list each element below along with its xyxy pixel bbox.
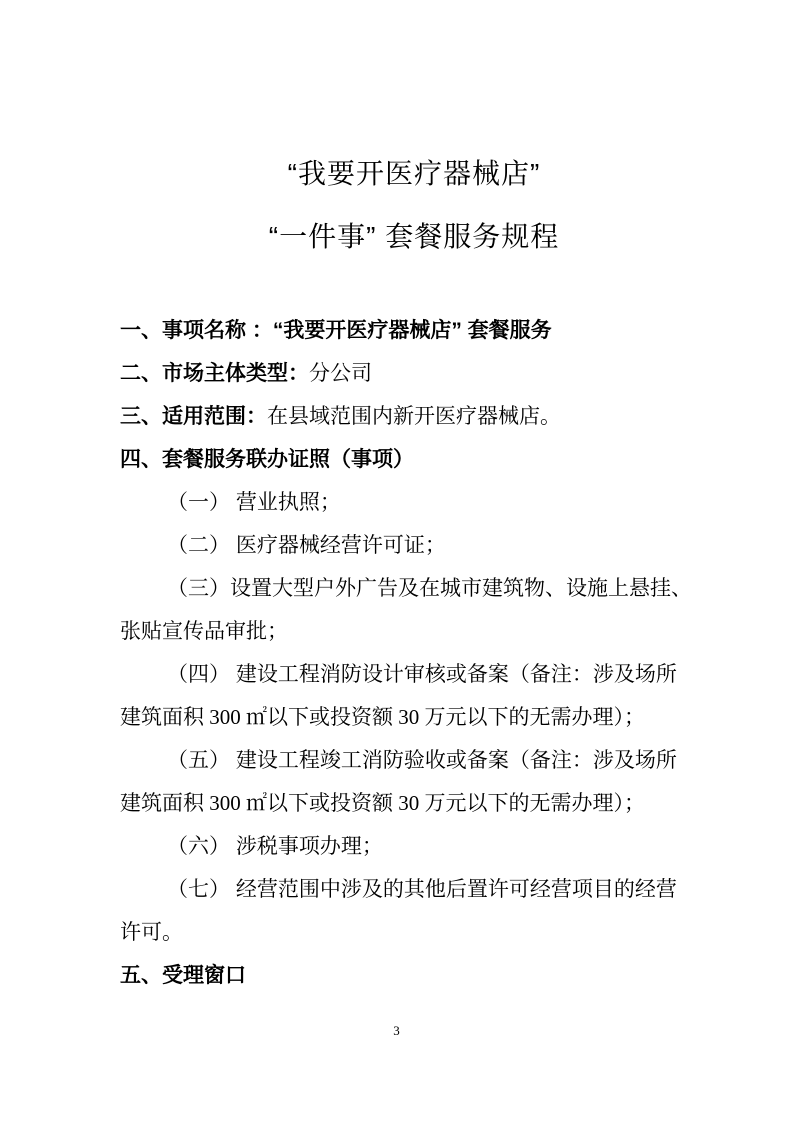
list-item-4: （四） 建设工程消防设计审核或备案（备注：涉及场所建筑面积 300 ㎡以下或投资… bbox=[120, 653, 708, 739]
section-3-value: 在县域范围内新开医疗器械店。 bbox=[267, 405, 561, 428]
list-item-2: （二） 医疗器械经营许可证； bbox=[120, 524, 708, 567]
section-1-heading: 一、事项名称 ：“我要开医疗器械店” 套餐服务 bbox=[120, 309, 708, 352]
list-item-7-line-1: （七） 经营范围中涉及的其他后置许可经营项目的经营 bbox=[167, 878, 677, 901]
list-item-4-note-line-1: （备注：涉及场所 bbox=[509, 662, 677, 686]
section-1-value: “我要开医疗器械店” 套餐服务 bbox=[273, 319, 552, 342]
list-item-5-note-line-1: （备注：涉及场所 bbox=[509, 748, 677, 772]
section-3-heading: 三、适用范围：在县域范围内新开医疗器械店。 bbox=[120, 395, 708, 438]
section-5-heading: 五、受理窗口 bbox=[120, 954, 708, 997]
list-item-5: （五） 建设工程竣工消防验收或备案（备注：涉及场所建筑面积 300 ㎡以下或投资… bbox=[120, 739, 708, 825]
document-title-line-1: “我要开医疗器械店” bbox=[120, 0, 708, 192]
document-title-line-2: “一件事” 套餐服务规程 bbox=[120, 219, 708, 255]
list-item-1: （一） 营业执照； bbox=[120, 481, 708, 524]
list-item-3-line-2: 张贴宣传品审批； bbox=[120, 620, 288, 643]
list-item-4-name: （四） 建设工程消防设计审核或备案 bbox=[167, 663, 509, 686]
list-item-6: （六） 涉税事项办理； bbox=[120, 825, 708, 868]
list-item-3-line-1: （三）设置大型户外广告及在城市建筑物、设施上悬挂、 bbox=[167, 577, 692, 600]
list-item-5-name: （五） 建设工程竣工消防验收或备案 bbox=[167, 749, 509, 772]
page-number: 3 bbox=[0, 1022, 793, 1040]
list-item-4-note-line-2: 建筑面积 300 ㎡以下或投资额 30 万元以下的无需办理）； bbox=[120, 705, 645, 729]
list-item-5-note-line-2: 建筑面积 300 ㎡以下或投资额 30 万元以下的无需办理）； bbox=[120, 791, 645, 815]
list-item-7: （七） 经营范围中涉及的其他后置许可经营项目的经营许可。 bbox=[120, 868, 708, 954]
section-1-label: 一、事项名称 ： bbox=[120, 319, 273, 342]
document-body: 一、事项名称 ：“我要开医疗器械店” 套餐服务 二、市场主体类型：分公司 三、适… bbox=[120, 309, 708, 997]
section-2-heading: 二、市场主体类型：分公司 bbox=[120, 352, 708, 395]
list-item-3: （三）设置大型户外广告及在城市建筑物、设施上悬挂、张贴宣传品审批； bbox=[120, 567, 708, 653]
section-2-value: 分公司 bbox=[309, 361, 372, 385]
list-item-7-line-2: 许可。 bbox=[120, 921, 183, 944]
section-2-label: 二、市场主体类型： bbox=[120, 362, 309, 385]
document-page: “我要开医疗器械店” “一件事” 套餐服务规程 一、事项名称 ：“我要开医疗器械… bbox=[0, 0, 793, 1122]
section-3-label: 三、适用范围： bbox=[120, 405, 267, 428]
section-4-heading: 四、套餐服务联办证照（事项） bbox=[120, 438, 708, 481]
